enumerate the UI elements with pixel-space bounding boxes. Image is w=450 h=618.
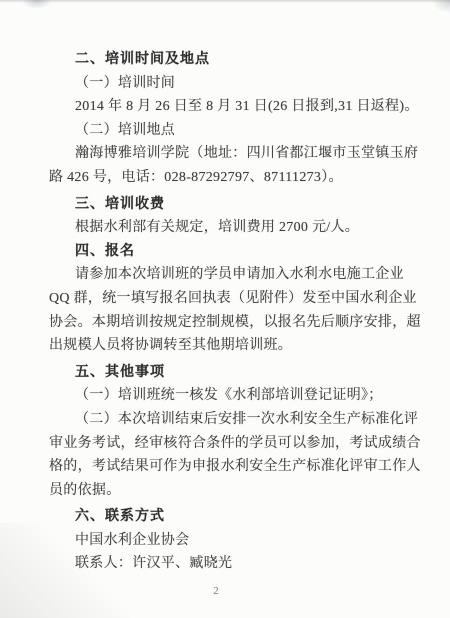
scan-smudge-top-left	[22, 0, 52, 9]
section-heading-other-matters: 五、其他事项	[49, 361, 412, 385]
scan-top-edge-artifact	[0, 0, 450, 3]
text-line-other-3: 审业务考试，经审核符合条件的学员可以参加，考试成绩合	[49, 432, 412, 456]
document-content: 二、培训时间及地点 （一）培训时间 2014 年 8 月 26 日至 8 月 3…	[49, 48, 412, 576]
text-line-registration-4: 出规模人员将协调转至其他期培训班。	[49, 334, 412, 358]
text-line-other-4: 格的，考试结果可作为申报水利安全生产标准化评审工作人	[49, 455, 412, 479]
text-line-registration-1: 请参加本次培训班的学员申请加入水利水电施工企业	[49, 263, 412, 287]
text-line-venue-phone: 路 426 号，电话：028-87292797、87111273）。	[49, 166, 412, 190]
section-heading-contact: 六、联系方式	[49, 505, 412, 529]
text-line-fee-amount: 根据水利部有关规定，培训费用 2700 元/人。	[49, 216, 412, 240]
text-line-registration-2: QQ 群，统一填写报名回执表（见附件）发至中国水利企业	[49, 287, 412, 311]
section-heading-fees: 三、培训收费	[49, 193, 412, 217]
text-line-other-2: （二）本次培训结束后安排一次水利安全生产标准化评	[49, 408, 412, 432]
page-number: 2	[202, 585, 230, 597]
text-line-contact-persons: 联系人：许汉平、臧晓光	[49, 552, 412, 576]
document-page: 二、培训时间及地点 （一）培训时间 2014 年 8 月 26 日至 8 月 3…	[0, 0, 450, 618]
section-heading-time-location: 二、培训时间及地点	[49, 48, 412, 72]
scan-smudge-top-right	[432, 0, 450, 13]
section-heading-registration: 四、报名	[49, 240, 412, 264]
text-line-registration-3: 协会。本期培训按规定控制规模，以报名先后顺序安排，超	[49, 311, 412, 335]
text-line-training-dates: 2014 年 8 月 26 日至 8 月 31 日(26 日报到,31 日返程)…	[49, 95, 412, 119]
subheading-training-location: （二）培训地点	[49, 119, 412, 143]
text-line-venue-address: 瀚海博雅培训学院（地址：四川省都江堰市玉堂镇玉府	[49, 142, 412, 166]
text-line-organization: 中国水利企业协会	[49, 529, 412, 553]
subheading-training-time: （一）培训时间	[49, 72, 412, 96]
text-line-other-5: 员的依据。	[49, 479, 412, 503]
text-line-other-1: （一）培训班统一核发《水利部培训登记证明》；	[49, 384, 412, 408]
